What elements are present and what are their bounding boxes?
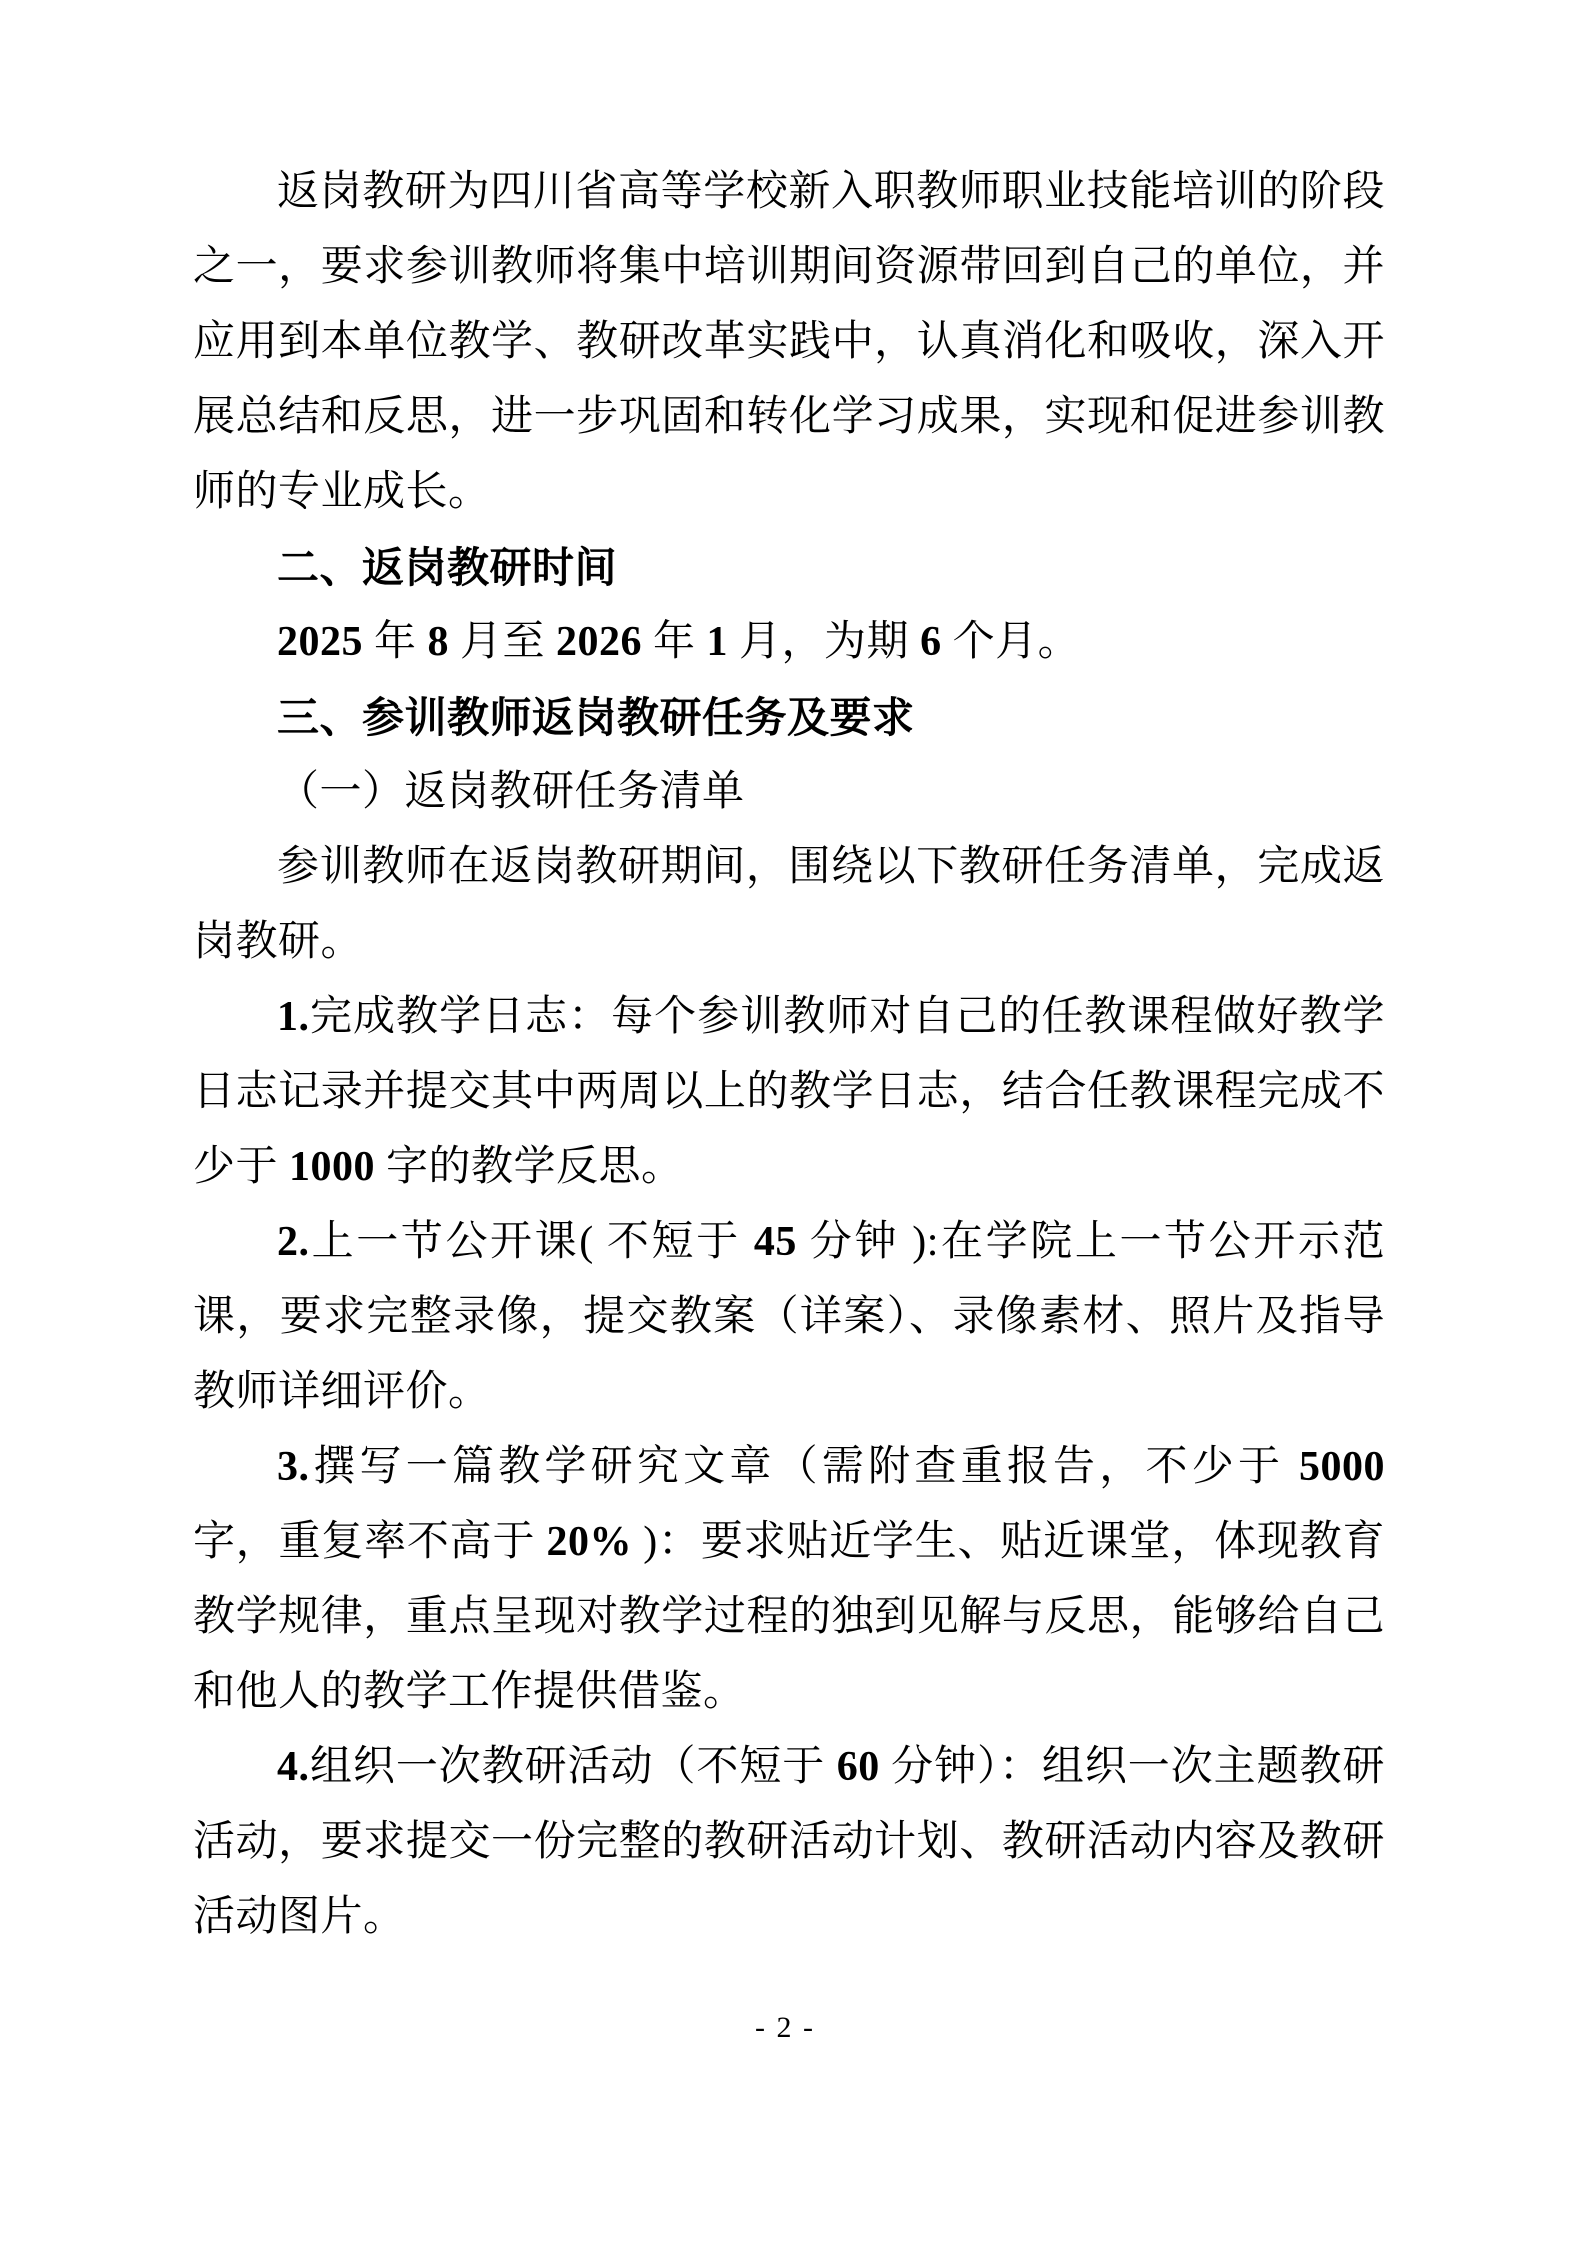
page-number: - 2 - (0, 2003, 1570, 2053)
section-heading-2: 二、返岗教研时间 (193, 530, 1385, 605)
tasks-intro-paragraph: 参训教师在返岗教研期间，围绕以下教研任务清单，完成返岗教研。 (193, 830, 1385, 980)
task-item-2: 2.上一节公开课( 不短于 45 分钟 ):在学院上一节公开示范课，要求完整录像… (193, 1205, 1385, 1430)
document-page: 返岗教研为四川省高等学校新入职教师职业技能培训的阶段之一，要求参训教师将集中培训… (0, 0, 1587, 2245)
document-body: 返岗教研为四川省高等学校新入职教师职业技能培训的阶段之一，要求参训教师将集中培训… (193, 155, 1385, 1955)
task-item-3: 3.撰写一篇教学研究文章（需附查重报告，不少于 5000 字，重复率不高于 20… (193, 1430, 1385, 1730)
intro-paragraph: 返岗教研为四川省高等学校新入职教师职业技能培训的阶段之一，要求参训教师将集中培训… (193, 155, 1385, 530)
subsection-heading-1: （一）返岗教研任务清单 (193, 755, 1385, 830)
section-heading-3: 三、参训教师返岗教研任务及要求 (193, 680, 1385, 755)
task-item-4: 4.组织一次教研活动（不短于 60 分钟）：组织一次主题教研活动，要求提交一份完… (193, 1730, 1385, 1955)
task-item-1: 1.完成教学日志：每个参训教师对自己的任教课程做好教学日志记录并提交其中两周以上… (193, 980, 1385, 1205)
time-paragraph: 2025 年 8 月至 2026 年 1 月，为期 6 个月。 (193, 605, 1385, 680)
